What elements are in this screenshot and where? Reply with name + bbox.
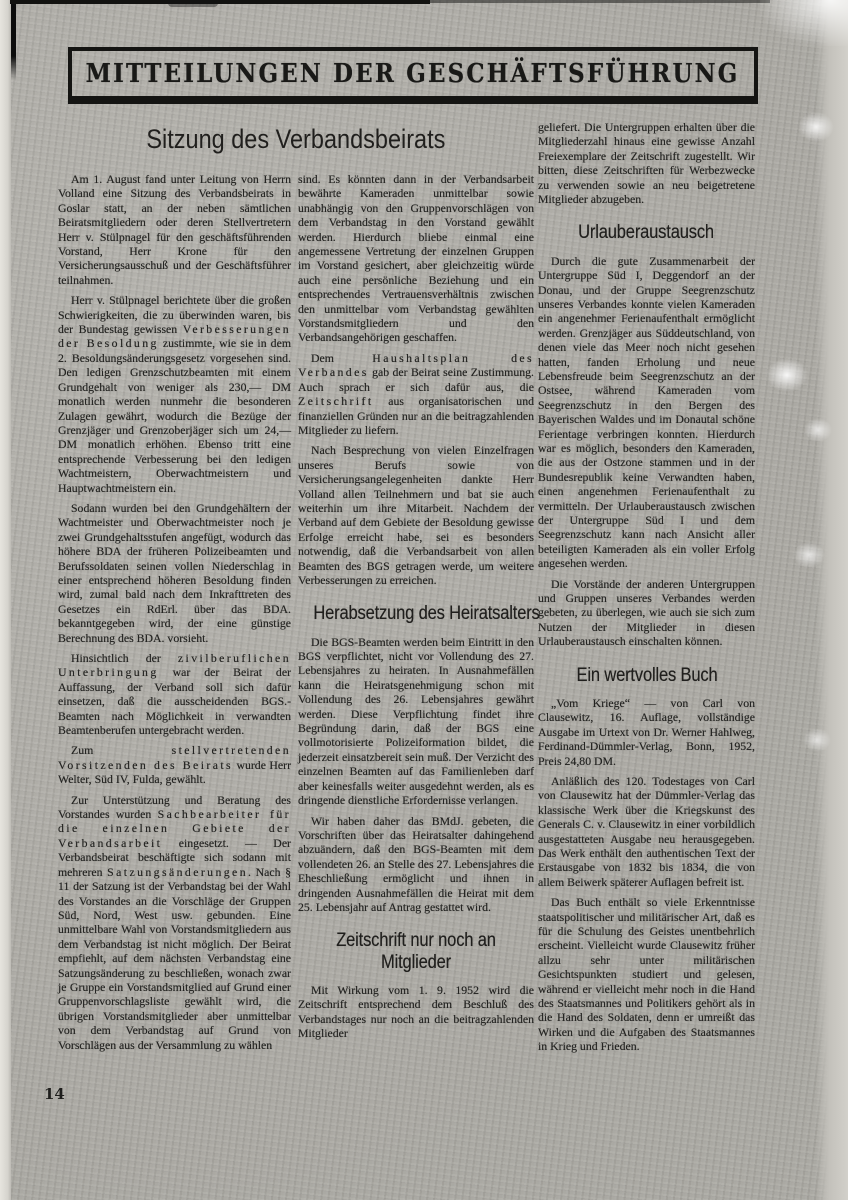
masthead-box: MITTEILUNGEN DER GESCHÄFTSFÜHRUNG [68,47,758,104]
scan-edge-top-faint [430,0,770,3]
text-column-2: sind. Es könnten dann in der Verbandsarb… [298,172,534,1041]
scan-edge-top [10,0,430,4]
page-number: 14 [44,1085,65,1103]
body-paragraph: „Vom Kriege“ — von Carl von Clausewitz, … [538,696,755,768]
body-paragraph: Zur Unterstützung und Beratung des Vorst… [58,793,291,1052]
body-paragraph: geliefert. Die Untergruppen erhalten übe… [538,120,755,206]
scan-spot [804,418,832,442]
scan-spot [793,542,825,568]
body-paragraph: Die BGS-Beamten werden beim Eintritt in … [298,635,534,808]
article-heading: Urlauberaustausch [538,222,755,243]
masthead-title: MITTEILUNGEN DER GESCHÄFTSFÜHRUNG [86,59,740,89]
text-column-3: geliefert. Die Untergruppen erhalten übe… [538,120,755,1054]
scan-ink-blob [168,0,218,7]
scan-spot [803,728,831,752]
scanned-page: MITTEILUNGEN DER GESCHÄFTSFÜHRUNG Sitzun… [0,0,848,1200]
scan-edge-left [0,0,11,1200]
body-paragraph: Das Buch enthält so viele Erkenntnisse s… [538,895,755,1053]
body-paragraph: Am 1. August fand unter Leitung von Herr… [58,172,291,287]
body-paragraph: Nach Besprechung von vielen Einzelfragen… [298,443,534,587]
scan-corner-highlight [760,0,848,46]
body-paragraph: Wir haben daher das BMdJ. gebeten, die V… [298,814,534,915]
scan-spot [766,358,808,392]
body-paragraph: Mit Wirkung vom 1. 9. 1952 wird die Zeit… [298,983,534,1041]
scan-spot [798,112,834,142]
body-paragraph: Die Vorstände der anderen Untergruppen u… [538,577,755,649]
scan-edge-right [816,0,848,1200]
body-paragraph: Hinsichtlich der zivilberuflichen Unterb… [58,651,291,737]
body-paragraph: Zum stellvertretenden Vorsitzenden des B… [58,743,291,786]
article-heading: Ein wertvolles Buch [538,665,755,686]
body-paragraph: Herr v. Stülpnagel berichtete über die g… [58,293,291,495]
lead-article-heading: Sitzung des Verbandsbeirats [57,124,535,155]
scan-edge-line [11,0,16,80]
body-paragraph: Durch die gute Zusammenarbeit der Unterg… [538,254,755,571]
article-heading: Zeitschrift nur noch an Mitglieder [298,930,534,973]
text-column-1: Am 1. August fand unter Leitung von Herr… [58,172,291,1052]
body-paragraph: sind. Es könnten dann in der Verbandsarb… [298,172,534,345]
article-heading: Herabsetzung des Heiratsalters [298,603,534,624]
body-paragraph: Sodann wurden bei den Grundgehältern der… [58,501,291,645]
body-paragraph: Anläßlich des 120. Todestages von Carl v… [538,774,755,889]
body-paragraph: Dem Haushaltsplan des Verbandes gab der … [298,351,534,437]
